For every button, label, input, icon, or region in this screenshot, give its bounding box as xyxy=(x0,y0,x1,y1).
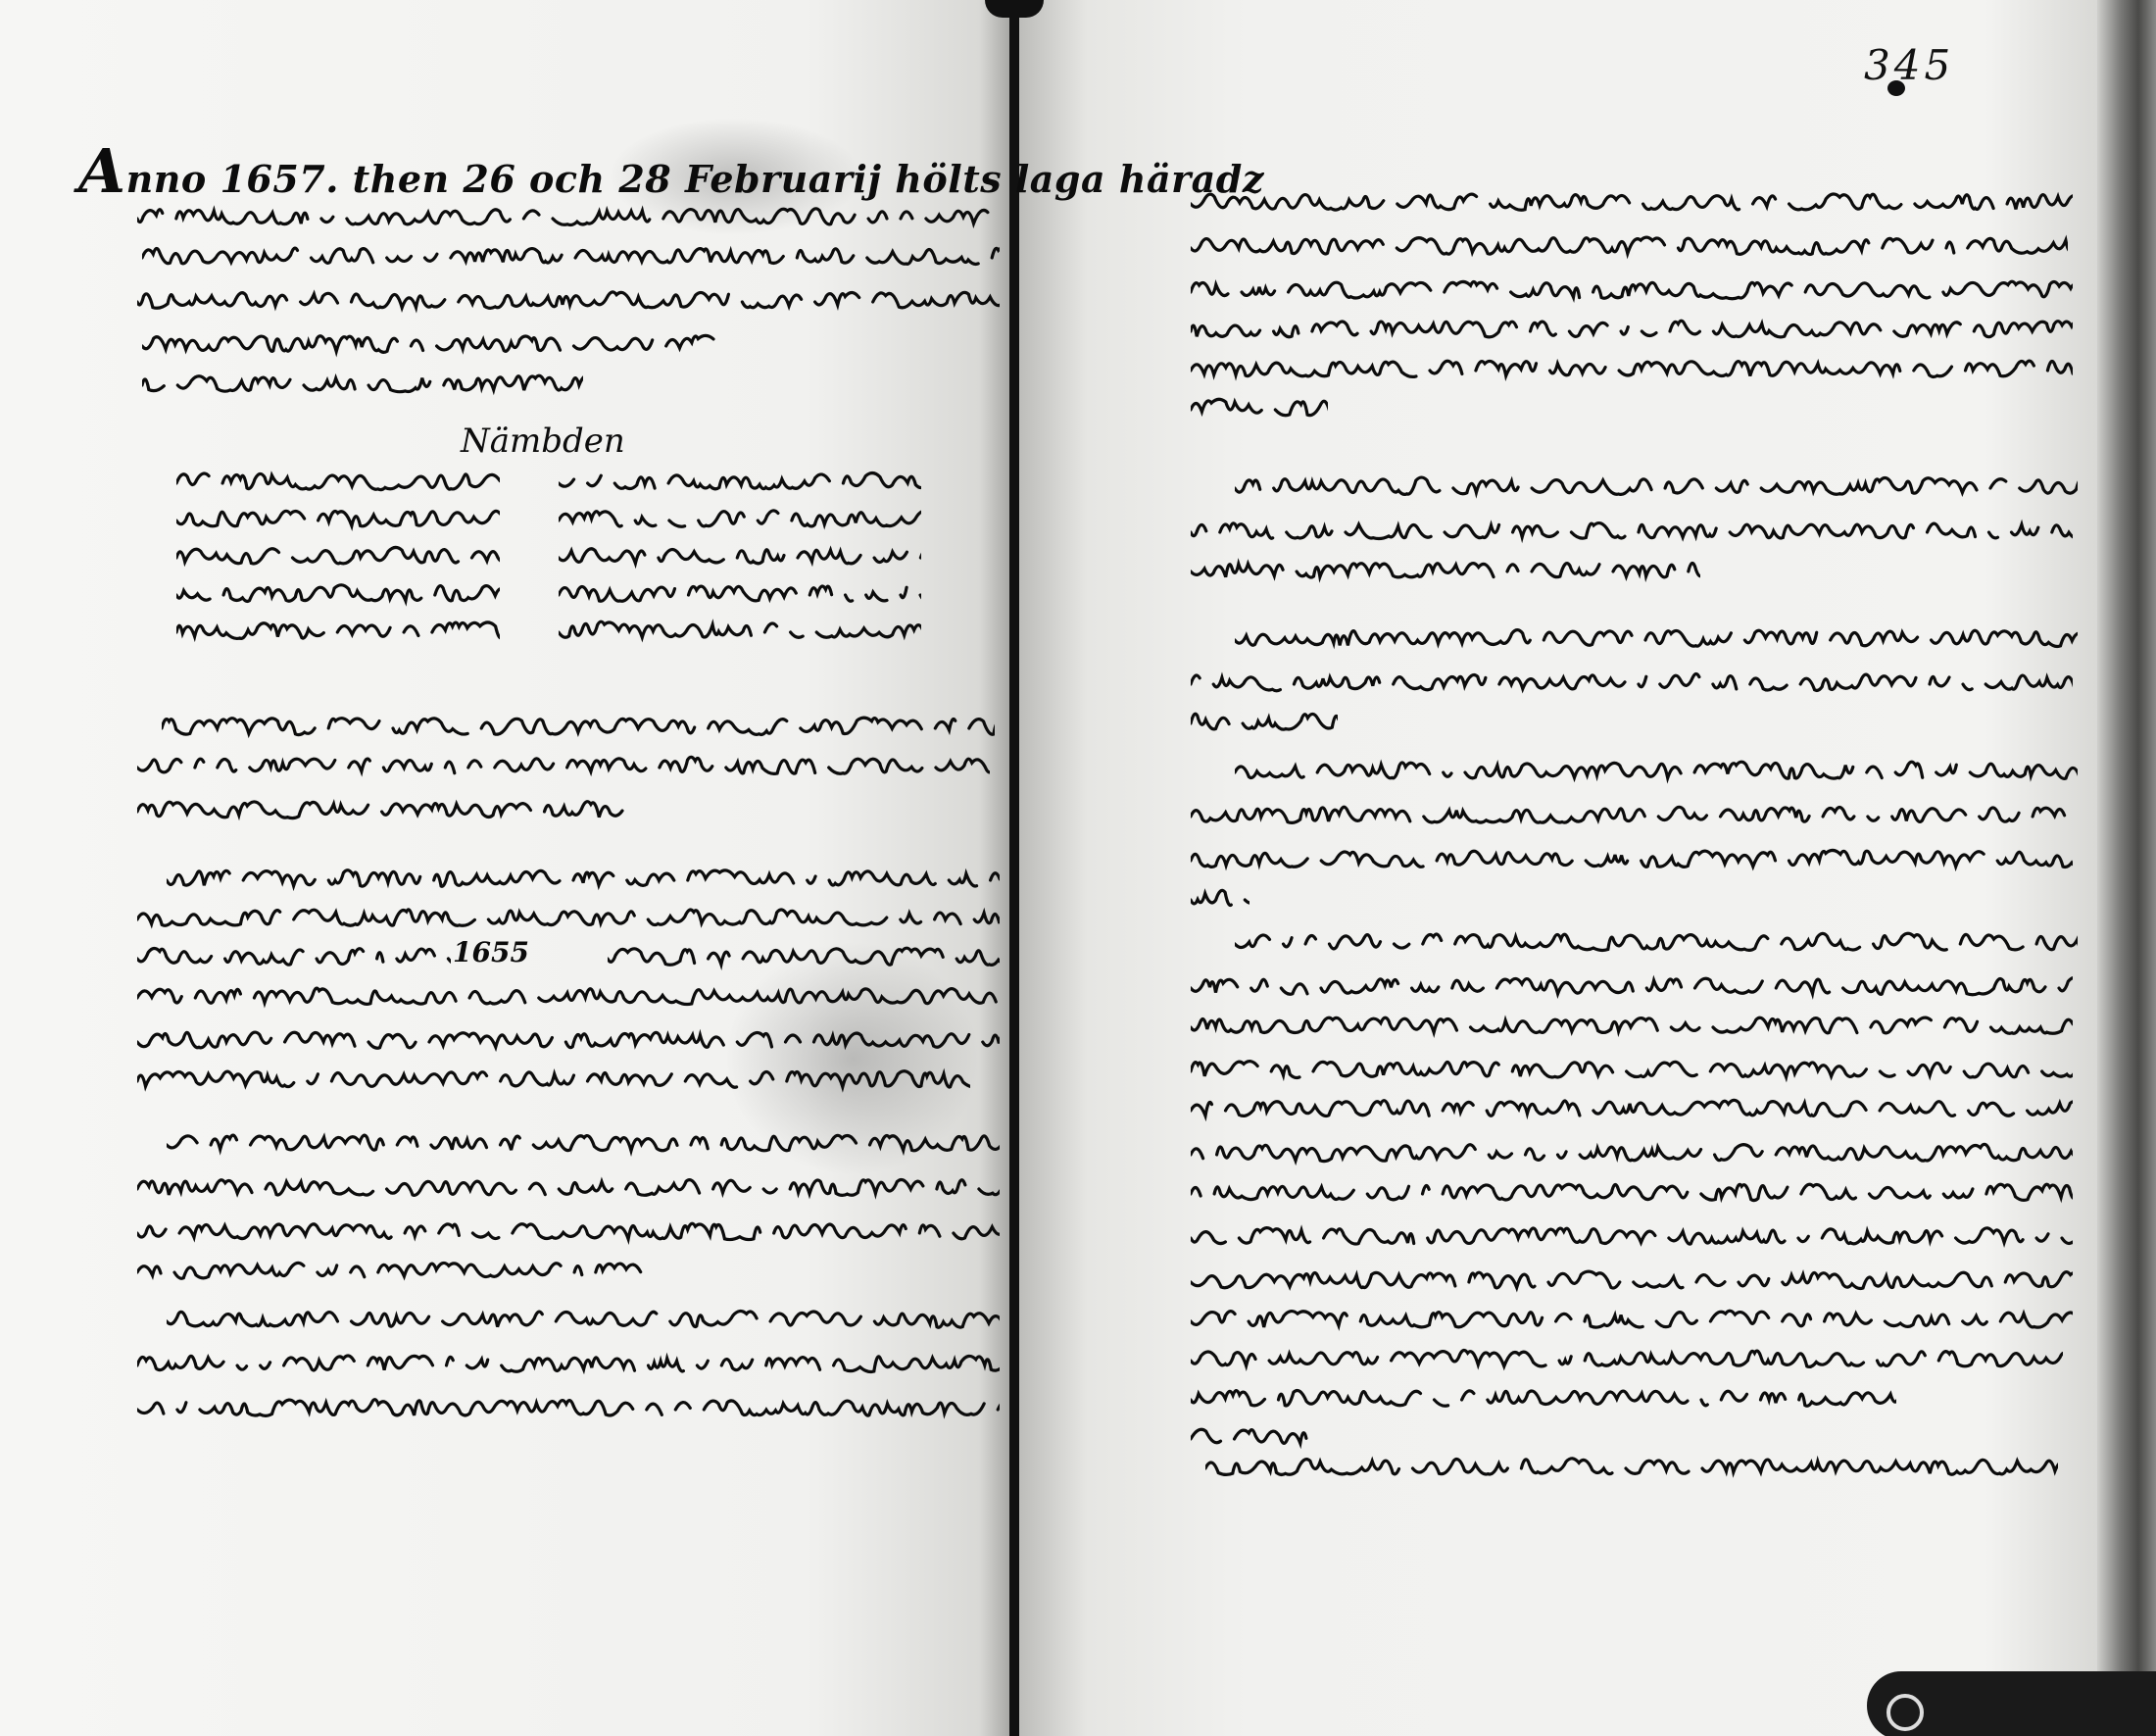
handwritten-line xyxy=(559,503,921,532)
handwritten-line xyxy=(137,1064,970,1093)
handwritten-line xyxy=(1191,314,2073,343)
handwritten-line xyxy=(137,750,990,779)
handwritten-line xyxy=(1191,706,1338,735)
handwritten-line xyxy=(559,615,921,644)
handwritten-line xyxy=(1191,1382,1896,1412)
handwritten-line xyxy=(559,466,921,495)
handwritten-line xyxy=(176,540,500,570)
decorated-initial: A xyxy=(78,135,126,207)
handwritten-line xyxy=(1191,554,1700,583)
handwritten-line xyxy=(1191,667,2073,696)
handwritten-line xyxy=(1235,471,2078,500)
handwritten-line xyxy=(1191,353,2073,382)
page-number: 345 xyxy=(1864,41,1954,89)
handwritten-line xyxy=(176,615,500,644)
handwritten-line xyxy=(176,577,500,607)
handwritten-line xyxy=(137,201,1000,230)
handwritten-line xyxy=(137,980,1000,1010)
handwritten-line xyxy=(608,941,1000,970)
handwritten-line xyxy=(137,902,1000,931)
year-in-text: 1655 xyxy=(453,936,529,968)
handwritten-line xyxy=(137,1392,1000,1421)
handwritten-line xyxy=(1191,1137,2073,1166)
entry-heading: Anno 1657. then 26 och 28 Februarij hölt… xyxy=(78,135,1264,207)
handwritten-line xyxy=(142,368,583,397)
handwritten-line xyxy=(559,540,921,570)
handwritten-line xyxy=(137,1255,647,1284)
handwritten-line xyxy=(1191,515,2073,544)
handwritten-line xyxy=(1191,1093,2073,1122)
handwritten-line xyxy=(1191,799,2073,828)
handwritten-line xyxy=(1191,1304,2073,1333)
handwritten-line xyxy=(1191,1176,2073,1206)
handwritten-line xyxy=(1191,1265,2073,1294)
handwritten-line xyxy=(559,577,921,607)
handwritten-line xyxy=(1235,755,2078,784)
handwritten-line xyxy=(1191,274,2073,304)
handwritten-line xyxy=(1191,230,2068,260)
handwritten-line xyxy=(167,1127,1000,1157)
handwritten-line xyxy=(1191,1010,2073,1039)
handwritten-line xyxy=(1191,970,2073,1000)
handwritten-line xyxy=(162,711,995,740)
handwritten-line xyxy=(1191,1421,1308,1451)
gutter-shadow xyxy=(985,0,1044,18)
handwritten-line xyxy=(142,240,1000,270)
handwritten-line xyxy=(176,466,500,495)
handwritten-line xyxy=(167,1304,1000,1333)
handwritten-line xyxy=(1191,1054,2073,1083)
handwritten-line xyxy=(137,794,627,823)
handwritten-line xyxy=(167,863,1000,892)
handwritten-line xyxy=(1191,392,1328,422)
section-title-jury: Nämbden xyxy=(461,422,625,461)
handwritten-line xyxy=(137,941,451,970)
page-edge-shadow xyxy=(2097,0,2156,1736)
document-spread: 345 Anno 1657. then 26 och 28 Februarij … xyxy=(0,0,2156,1736)
handwritten-line xyxy=(137,1215,1000,1245)
clip-ring-icon xyxy=(1886,1694,1924,1731)
handwritten-line xyxy=(1191,186,2073,216)
handwritten-line xyxy=(137,284,1000,314)
handwritten-line xyxy=(1235,926,2078,956)
handwritten-line xyxy=(137,1171,1000,1201)
handwritten-line xyxy=(176,503,500,532)
handwritten-line xyxy=(142,328,715,358)
handwritten-line xyxy=(1191,1220,2073,1250)
book-gutter xyxy=(1009,0,1019,1736)
handwritten-line xyxy=(1235,622,2078,652)
handwritten-line xyxy=(1191,843,2073,872)
handwritten-line xyxy=(1205,1451,2058,1480)
heading-text: nno 1657. then 26 och 28 Februarij hölts… xyxy=(126,157,1264,201)
handwritten-line xyxy=(137,1024,1000,1054)
handwritten-line xyxy=(1191,1343,2063,1372)
handwritten-line xyxy=(1191,882,1249,912)
ink-blot xyxy=(1887,80,1905,96)
handwritten-line xyxy=(137,1348,1000,1377)
